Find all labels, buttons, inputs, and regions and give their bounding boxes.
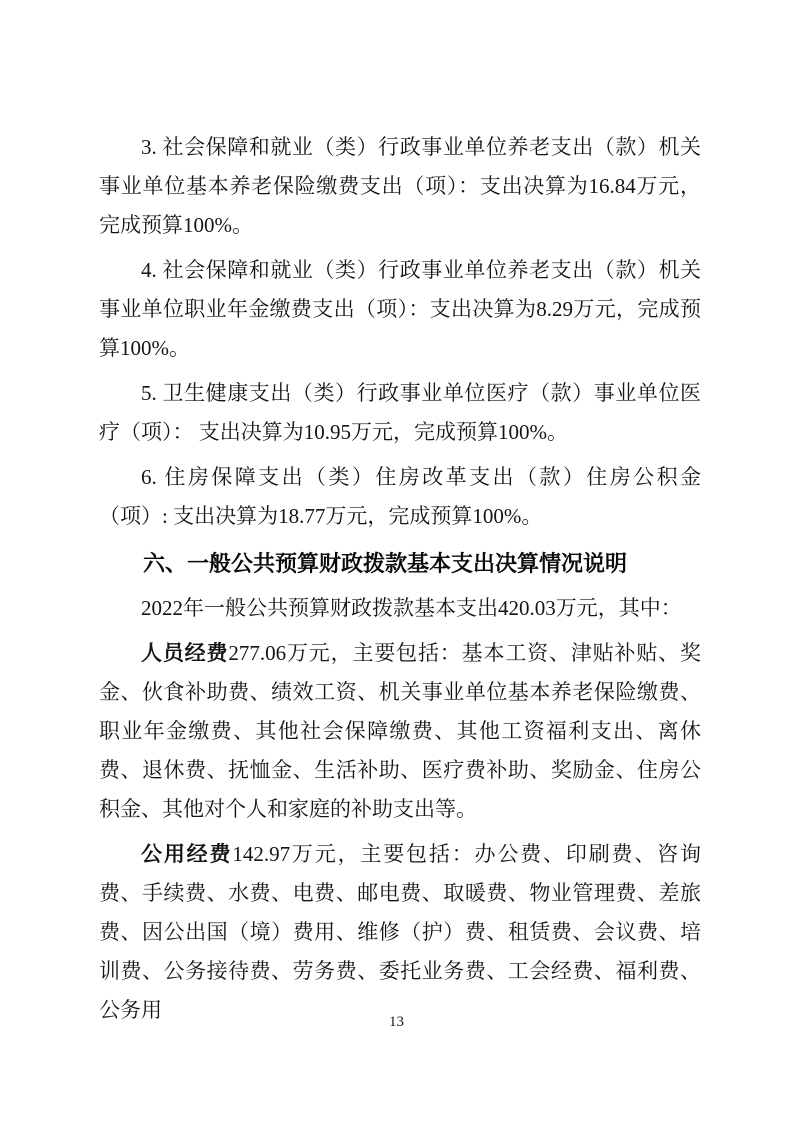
paragraph-intro-total: 2022年一般公共预算财政拨款基本支出420.03万元，其中： <box>99 589 701 628</box>
paragraph-housing-fund: 6. 住房保障支出（类）住房改革支出（款）住房公积金（项）: 支出决算为18.7… <box>99 458 701 536</box>
paragraph-annuity-contribution: 4. 社会保障和就业（类）行政事业单位养老支出（款）机关事业单位职业年金缴费支出… <box>99 251 701 368</box>
paragraph-personnel-funds: 人员经费277.06万元，主要包括：基本工资、津贴补贴、奖金、伙食补助费、绩效工… <box>99 634 701 829</box>
document-body: 3. 社会保障和就业（类）行政事业单位养老支出（款）机关事业单位基本养老保险缴费… <box>99 128 701 1036</box>
section-heading: 六、一般公共预算财政拨款基本支出决算情况说明 <box>99 544 701 583</box>
personnel-funds-label: 人员经费 <box>141 641 228 665</box>
personnel-funds-text: 277.06万元，主要包括：基本工资、津贴补贴、奖金、伙食补助费、绩效工资、机关… <box>99 641 701 821</box>
paragraph-medical-expenditure: 5. 卫生健康支出（类）行政事业单位医疗（款）事业单位医疗（项）： 支出决算为1… <box>99 374 701 452</box>
document-page: 3. 社会保障和就业（类）行政事业单位养老支出（款）机关事业单位基本养老保险缴费… <box>0 0 793 1122</box>
public-funds-label: 公用经费 <box>141 842 232 866</box>
page-number: 13 <box>0 1012 793 1032</box>
paragraph-pension-contribution: 3. 社会保障和就业（类）行政事业单位养老支出（款）机关事业单位基本养老保险缴费… <box>99 128 701 245</box>
paragraph-public-funds: 公用经费142.97万元，主要包括：办公费、印刷费、咨询费、手续费、水费、电费、… <box>99 835 701 1030</box>
public-funds-text: 142.97万元，主要包括：办公费、印刷费、咨询费、手续费、水费、电费、邮电费、… <box>99 842 701 1022</box>
